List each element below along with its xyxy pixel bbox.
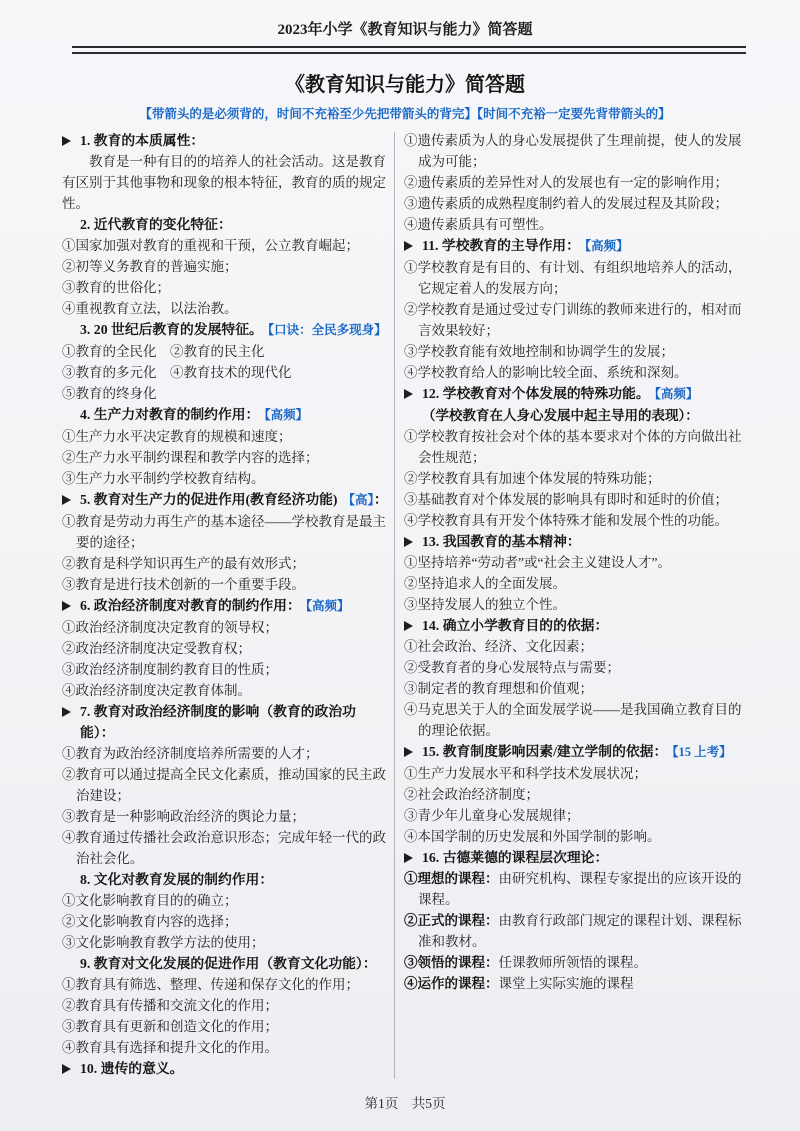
item-line: ①教育具有筛选、整理、传递和保存文化的作用； <box>62 974 390 995</box>
item-title: 6. 政治经济制度对教育的制约作用： <box>80 598 301 613</box>
item-heading: 15. 教育制度影响因素/建立学制的依据：【15 上考】 <box>404 741 748 763</box>
outline-item: 14. 确立小学教育目的的依据：①社会政治、经济、文化因素；②受教育者的身心发展… <box>404 615 748 741</box>
item-line: ③教育的多元化 ④教育技术的现代化 <box>62 362 390 383</box>
item-title: 12. 学校教育对个体发展的特殊功能。 <box>422 386 650 401</box>
item-line: ②文化影响教育内容的选择； <box>62 911 390 932</box>
item-line: ④运作的课程：课堂上实际实施的课程 <box>404 973 748 994</box>
item-line: ③教育是一种影响政治经济的舆论力量； <box>62 806 390 827</box>
outline-item: 7. 教育对政治经济制度的影响（教育的政治功能）：①教育为政治经济制度培养所需要… <box>62 701 390 869</box>
outline-item: 3. 20 世纪后教育的发展特征。【口诀：全民多现身】①教育的全民化 ②教育的民… <box>62 319 390 404</box>
item-line: ①社会政治、经济、文化因素； <box>404 636 748 657</box>
item-title: 11. 学校教育的主导作用： <box>422 238 580 253</box>
item-title: 8. 文化对教育发展的制约作用： <box>80 872 273 887</box>
arrow-icon <box>62 707 71 717</box>
right-column: ①遗传素质为人的身心发展提供了生理前提，使人的发展成为可能；②遗传素质的差异性对… <box>395 130 748 1079</box>
item-line: ④教育具有选择和提升文化的作用。 <box>62 1037 390 1058</box>
item-line: ①学校教育是有目的、有计划、有组织地培养人的活动，它规定着人的发展方向； <box>404 257 748 299</box>
left-column: 1. 教育的本质属性：教育是一种有目的的培养人的社会活动。这是教育有区别于其他事… <box>62 130 394 1079</box>
item-line: ②初等义务教育的普遍实施； <box>62 256 390 277</box>
item-heading: 11. 学校教育的主导作用：【高频】 <box>404 235 748 257</box>
item-title: 7. 教育对政治经济制度的影响（教育的政治功能）： <box>80 704 356 740</box>
doc-header: 2023年小学《教育知识与能力》简答题 <box>62 20 748 40</box>
outline-item: 13. 我国教育的基本精神：①坚持培养“劳动者”或“社会主义建设人才”。②坚持追… <box>404 531 748 615</box>
outline-item: 15. 教育制度影响因素/建立学制的依据：【15 上考】①生产力发展水平和科学技… <box>404 741 748 847</box>
exam-tag: 【高】 <box>343 493 374 507</box>
item-line: ①坚持培养“劳动者”或“社会主义建设人才”。 <box>404 552 748 573</box>
item-line: ③教育具有更新和创造文化的作用； <box>62 1016 390 1037</box>
outline-item: 10. 遗传的意义。 <box>62 1058 390 1079</box>
outline-item: 8. 文化对教育发展的制约作用：①文化影响教育目的的确立；②文化影响教育内容的选… <box>62 869 390 953</box>
item-heading: 13. 我国教育的基本精神： <box>404 531 748 552</box>
item-line: ①理想的课程：由研究机构、课程专家提出的应该开设的课程。 <box>404 868 748 910</box>
header-divider-rule <box>72 46 746 54</box>
item-line: ④重视教育立法，以法治教。 <box>62 298 390 319</box>
exam-tag: 【15 上考】 <box>672 745 731 759</box>
page-number: 第1页 共5页 <box>62 1092 748 1112</box>
item-line: ②教育是科学知识再生产的最有效形式； <box>62 553 390 574</box>
item-heading: 1. 教育的本质属性： <box>62 130 390 151</box>
item-line: ③制定者的教育理想和价值观； <box>404 678 748 699</box>
item-line: ③坚持发展人的独立个性。 <box>404 594 748 615</box>
outline-item: 6. 政治经济制度对教育的制约作用：【高频】①政治经济制度决定教育的领导权；②政… <box>62 595 390 701</box>
item-title: 4. 生产力对教育的制约作用： <box>80 407 259 422</box>
item-line: ①生产力水平决定教育的规模和速度； <box>62 426 390 447</box>
exam-tag: 【高频】 <box>655 387 699 401</box>
item-line: ②正式的课程：由教育行政部门规定的课程计划、课程标准和教材。 <box>404 910 748 952</box>
item-line: ②学校教育具有加速个体发展的特殊功能； <box>404 468 748 489</box>
item-line: ②社会政治经济制度； <box>404 784 748 805</box>
item-line: ④遗传素质具有可塑性。 <box>404 214 748 235</box>
outline-item: 16. 古德莱德的课程层次理论：①理想的课程：由研究机构、课程专家提出的应该开设… <box>404 847 748 994</box>
item-line: ②教育具有传播和交流文化的作用； <box>62 995 390 1016</box>
exam-tag: 【高频】 <box>264 408 308 422</box>
item-heading: 8. 文化对教育发展的制约作用： <box>62 869 390 890</box>
document-page: 2023年小学《教育知识与能力》简答题 《教育知识与能力》简答题 【带箭头的是必… <box>0 0 800 1131</box>
item-line: ③政治经济制度制约教育目的性质； <box>62 659 390 680</box>
item-heading: 6. 政治经济制度对教育的制约作用：【高频】 <box>62 595 390 617</box>
arrow-icon <box>62 1064 71 1074</box>
outline-item: 11. 学校教育的主导作用：【高频】①学校教育是有目的、有计划、有组织地培养人的… <box>404 235 748 383</box>
arrow-icon <box>404 389 413 399</box>
item-title-suffix: ： <box>374 492 388 507</box>
item-line: ③教育的世俗化； <box>62 277 390 298</box>
arrow-icon <box>404 537 413 547</box>
outline-item: 4. 生产力对教育的制约作用：【高频】①生产力水平决定教育的规模和速度；②生产力… <box>62 404 390 489</box>
arrow-icon <box>62 601 71 611</box>
outline-item: 1. 教育的本质属性：教育是一种有目的的培养人的社会活动。这是教育有区别于其他事… <box>62 130 390 214</box>
item-title: 2. 近代教育的变化特征： <box>80 217 232 232</box>
content-columns: 1. 教育的本质属性：教育是一种有目的的培养人的社会活动。这是教育有区别于其他事… <box>62 130 748 1079</box>
arrow-icon <box>404 241 413 251</box>
arrow-icon <box>404 621 413 631</box>
exam-tag: 【高频】 <box>585 239 629 253</box>
arrow-icon <box>404 853 413 863</box>
item-line-label: ④运作的课程： <box>404 976 499 991</box>
item-line: ②学校教育是通过受过专门训练的教师来进行的，相对而言效果较好； <box>404 299 748 341</box>
item-title: 16. 古德莱德的课程层次理论： <box>422 850 608 865</box>
item-line: ④政治经济制度决定教育体制。 <box>62 680 390 701</box>
item-line: ①政治经济制度决定教育的领导权； <box>62 617 390 638</box>
item-line: ③青少年儿童身心发展规律； <box>404 805 748 826</box>
item-line: ③遗传素质的成熟程度制约着人的发展过程及其阶段； <box>404 193 748 214</box>
item-line: ①文化影响教育目的的确立； <box>62 890 390 911</box>
item-line: ④本国学制的历史发展和外国学制的影响。 <box>404 826 748 847</box>
item-heading: 14. 确立小学教育目的的依据： <box>404 615 748 636</box>
item-line: ⑤教育的终身化 <box>62 383 390 404</box>
item-title: 14. 确立小学教育目的的依据： <box>422 618 608 633</box>
outline-item: 12. 学校教育对个体发展的特殊功能。【高频】（学校教育在人身心发展中起主导用的… <box>404 383 748 531</box>
item-heading: 10. 遗传的意义。 <box>62 1058 390 1079</box>
item-line: ③基础教育对个体发展的影响具有即时和延时的价值； <box>404 489 748 510</box>
item-heading: 2. 近代教育的变化特征： <box>62 214 390 235</box>
item-line-label: ②正式的课程： <box>404 913 499 928</box>
arrow-icon <box>404 747 413 757</box>
item-title: 13. 我国教育的基本精神： <box>422 534 581 549</box>
item-subtitle: （学校教育在人身心发展中起主导用的表现）： <box>404 405 748 426</box>
exam-tag: 【高频】 <box>306 599 350 613</box>
exam-tag: 【口诀：全民多现身】 <box>268 323 387 337</box>
item-heading: 7. 教育对政治经济制度的影响（教育的政治功能）： <box>62 701 390 743</box>
outline-item: 9. 教育对文化发展的促进作用（教育文化功能）：①教育具有筛选、整理、传递和保存… <box>62 953 390 1058</box>
outline-item: 2. 近代教育的变化特征：①国家加强对教育的重视和干预，公立教育崛起；②初等义务… <box>62 214 390 319</box>
item-line: ①学校教育按社会对个体的基本要求对个体的方向做出社会性规范； <box>404 426 748 468</box>
item-line: ③教育是进行技术创新的一个重要手段。 <box>62 574 390 595</box>
outline-item: 5. 教育对生产力的促进作用(教育经济功能)【高】：①教育是劳动力再生产的基本途… <box>62 489 390 595</box>
item-line: ④教育通过传播社会政治意识形态；完成年轻一代的政治社会化。 <box>62 827 390 869</box>
item-heading: 4. 生产力对教育的制约作用：【高频】 <box>62 404 390 426</box>
arrow-icon <box>62 136 71 146</box>
item-heading: 5. 教育对生产力的促进作用(教育经济功能)【高】： <box>62 489 390 511</box>
item-line: ②受教育者的身心发展特点与需要； <box>404 657 748 678</box>
memorize-note: 【带箭头的是必须背的，时间不充裕至少先把带箭头的背完】【时间不充裕一定要先背带箭… <box>62 104 748 122</box>
outline-item: ①遗传素质为人的身心发展提供了生理前提，使人的发展成为可能；②遗传素质的差异性对… <box>404 130 748 235</box>
item-title: 15. 教育制度影响因素/建立学制的依据： <box>422 744 667 759</box>
item-line: ②教育可以通过提高全民文化素质，推动国家的民主政治建设； <box>62 764 390 806</box>
item-title: 1. 教育的本质属性： <box>80 133 204 148</box>
item-title: 3. 20 世纪后教育的发展特征。 <box>80 322 263 337</box>
item-line: ①教育是劳动力再生产的基本途径——学校教育是最主要的途径； <box>62 511 390 553</box>
item-title: 9. 教育对文化发展的促进作用（教育文化功能）： <box>80 956 377 971</box>
item-line: ④学校教育具有开发个体特殊才能和发展个性的功能。 <box>404 510 748 531</box>
item-heading: 9. 教育对文化发展的促进作用（教育文化功能）： <box>62 953 390 974</box>
item-line: ①国家加强对教育的重视和干预，公立教育崛起； <box>62 235 390 256</box>
page-title: 《教育知识与能力》简答题 <box>62 68 748 97</box>
item-line-label: ①理想的课程： <box>404 871 499 886</box>
item-line: ①遗传素质为人的身心发展提供了生理前提，使人的发展成为可能； <box>404 130 748 172</box>
item-heading: 12. 学校教育对个体发展的特殊功能。【高频】 <box>404 383 748 405</box>
item-line: ④马克思关于人的全面发展学说——是我国确立教育目的的理论依据。 <box>404 699 748 741</box>
item-line: ②政治经济制度决定受教育权； <box>62 638 390 659</box>
item-line: ③文化影响教育教学方法的使用； <box>62 932 390 953</box>
item-title: 5. 教育对生产力的促进作用(教育经济功能) <box>80 492 338 507</box>
item-heading: 16. 古德莱德的课程层次理论： <box>404 847 748 868</box>
item-line: ①教育的全民化 ②教育的民主化 <box>62 341 390 362</box>
item-title: 10. 遗传的意义。 <box>80 1061 183 1076</box>
item-line: ③生产力水平制约学校教育结构。 <box>62 468 390 489</box>
item-line: ③学校教育能有效地控制和协调学生的发展； <box>404 341 748 362</box>
item-paragraph: 教育是一种有目的的培养人的社会活动。这是教育有区别于其他事物和现象的根本特征，教… <box>62 151 390 214</box>
item-line: ②遗传素质的差异性对人的发展也有一定的影响作用； <box>404 172 748 193</box>
item-line: ①教育为政治经济制度培养所需要的人才； <box>62 743 390 764</box>
item-line: ④学校教育给人的影响比较全面、系统和深刻。 <box>404 362 748 383</box>
item-line: ①生产力发展水平和科学技术发展状况； <box>404 763 748 784</box>
arrow-icon <box>62 495 71 505</box>
item-line-label: ③领悟的课程： <box>404 955 499 970</box>
item-line: ③领悟的课程：任课教师所领悟的课程。 <box>404 952 748 973</box>
item-heading: 3. 20 世纪后教育的发展特征。【口诀：全民多现身】 <box>62 319 390 341</box>
item-line: ②生产力水平制约课程和教学内容的选择； <box>62 447 390 468</box>
item-line: ②坚持追求人的全面发展。 <box>404 573 748 594</box>
